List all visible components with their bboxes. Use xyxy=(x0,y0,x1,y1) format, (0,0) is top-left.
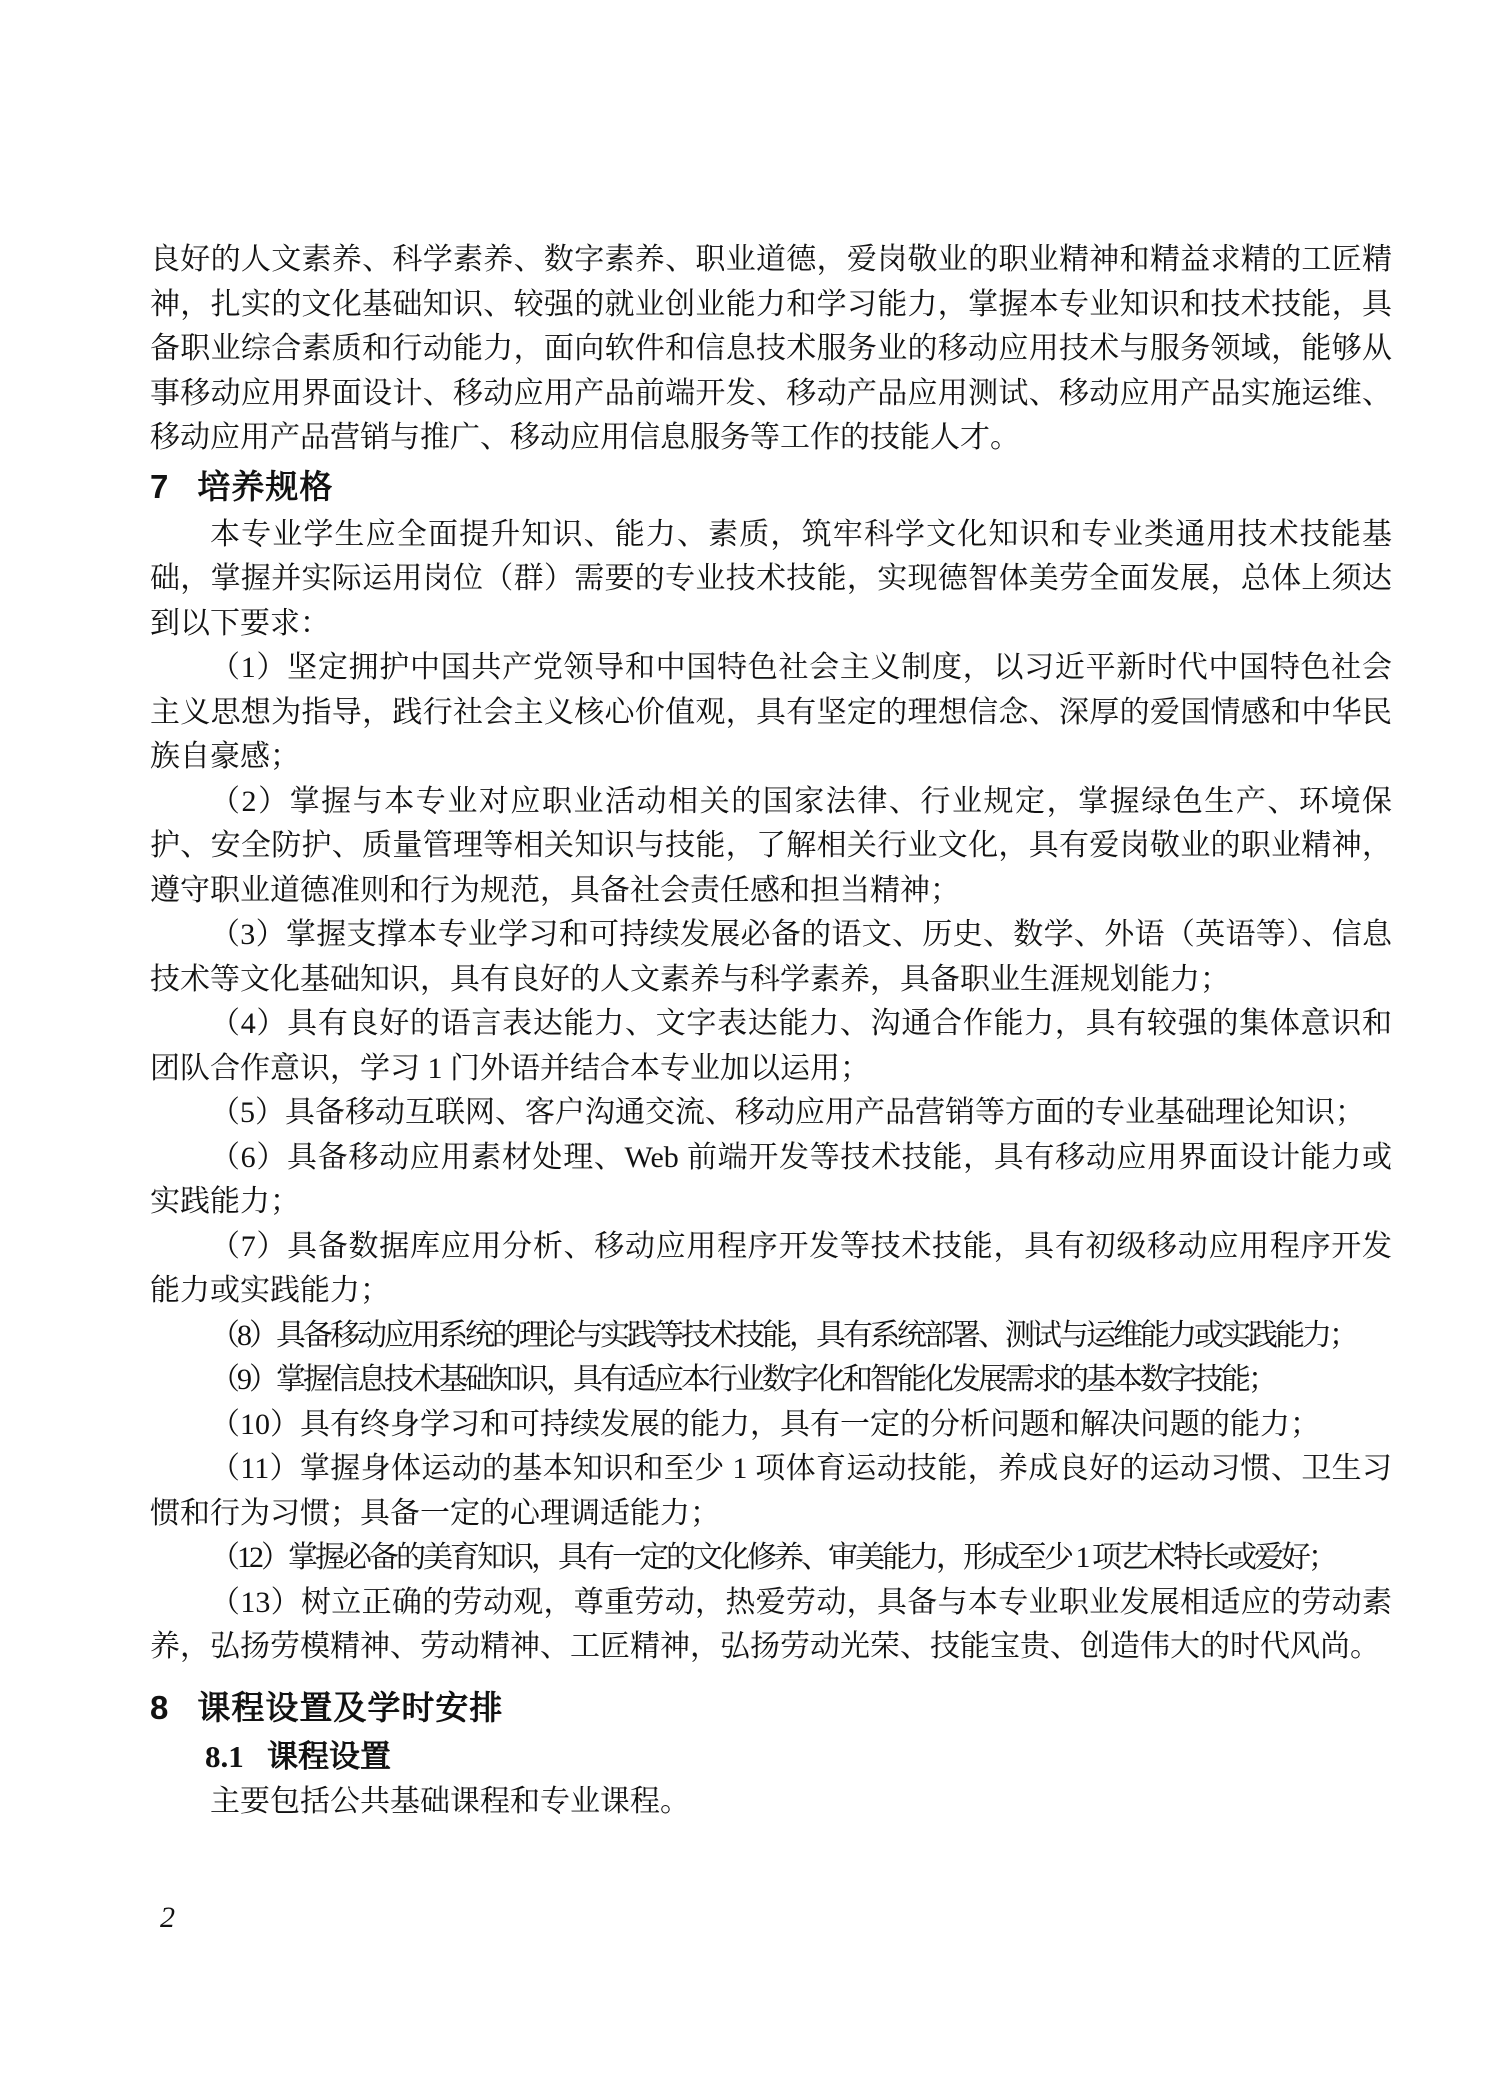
requirement-item: （11）掌握身体运动的基本知识和至少 1 项体育运动技能，养成良好的运动习惯、卫… xyxy=(150,1447,1392,1536)
requirement-item: （4）具有良好的语言表达能力、文字表达能力、沟通合作能力，具有较强的集体意识和团… xyxy=(150,1002,1392,1091)
section-8-1-paragraph: 主要包括公共基础课程和专业课程。 xyxy=(150,1780,1392,1825)
requirement-item: （8）具备移动应用系统的理论与实践等技术技能，具有系统部署、测试与运维能力或实践… xyxy=(150,1314,1392,1359)
section-8-1-subheading: 8.1课程设置 xyxy=(150,1734,1392,1780)
section-8-heading-title: 课程设置及学时安排 xyxy=(197,1689,503,1726)
section-7-heading-number: 7 xyxy=(150,461,169,513)
requirement-item: （9）掌握信息技术基础知识，具有适应本行业数字化和智能化发展需求的基本数字技能； xyxy=(150,1358,1392,1403)
requirement-item: （13）树立正确的劳动观，尊重劳动，热爱劳动，具备与本专业职业发展相适应的劳动素… xyxy=(150,1581,1392,1670)
document-content: 良好的人文素养、科学素养、数字素养、职业道德，爱岗敬业的职业精神和精益求精的工匠… xyxy=(150,238,1392,1824)
document-page: 良好的人文素养、科学素养、数字素养、职业道德，爱岗敬业的职业精神和精益求精的工匠… xyxy=(0,0,1503,2094)
requirement-item: （5）具备移动互联网、客户沟通交流、移动应用产品营销等方面的专业基础理论知识； xyxy=(150,1091,1392,1136)
section-7-lead-paragraph: 本专业学生应全面提升知识、能力、素质，筑牢科学文化知识和专业类通用技术技能基础，… xyxy=(150,513,1392,647)
intro-paragraph: 良好的人文素养、科学素养、数字素养、职业道德，爱岗敬业的职业精神和精益求精的工匠… xyxy=(150,238,1392,461)
section-8-heading: 8课程设置及学时安排 xyxy=(150,1682,1392,1734)
section-7-heading-title: 培养规格 xyxy=(197,468,333,505)
requirement-item: （10）具有终身学习和可持续发展的能力，具有一定的分析问题和解决问题的能力； xyxy=(150,1403,1392,1448)
section-7-heading: 7培养规格 xyxy=(150,461,1392,513)
requirement-item: （12）掌握必备的美育知识，具有一定的文化修养、审美能力，形成至少 1 项艺术特… xyxy=(150,1536,1392,1581)
requirement-item: （1）坚定拥护中国共产党领导和中国特色社会主义制度，以习近平新时代中国特色社会主… xyxy=(150,646,1392,780)
section-8-heading-number: 8 xyxy=(150,1682,169,1734)
requirement-item: （7）具备数据库应用分析、移动应用程序开发等技术技能，具有初级移动应用程序开发能… xyxy=(150,1225,1392,1314)
requirement-item: （3）掌握支撑本专业学习和可持续发展必备的语文、历史、数学、外语（英语等）、信息… xyxy=(150,913,1392,1002)
section-8-1-subheading-title: 课程设置 xyxy=(267,1739,391,1774)
requirement-item: （2）掌握与本专业对应职业活动相关的国家法律、行业规定，掌握绿色生产、环境保护、… xyxy=(150,780,1392,914)
section-8-1-subheading-number: 8.1 xyxy=(205,1734,244,1780)
requirement-item: （6）具备移动应用素材处理、Web 前端开发等技术技能，具有移动应用界面设计能力… xyxy=(150,1136,1392,1225)
page-number: 2 xyxy=(160,1896,175,1940)
